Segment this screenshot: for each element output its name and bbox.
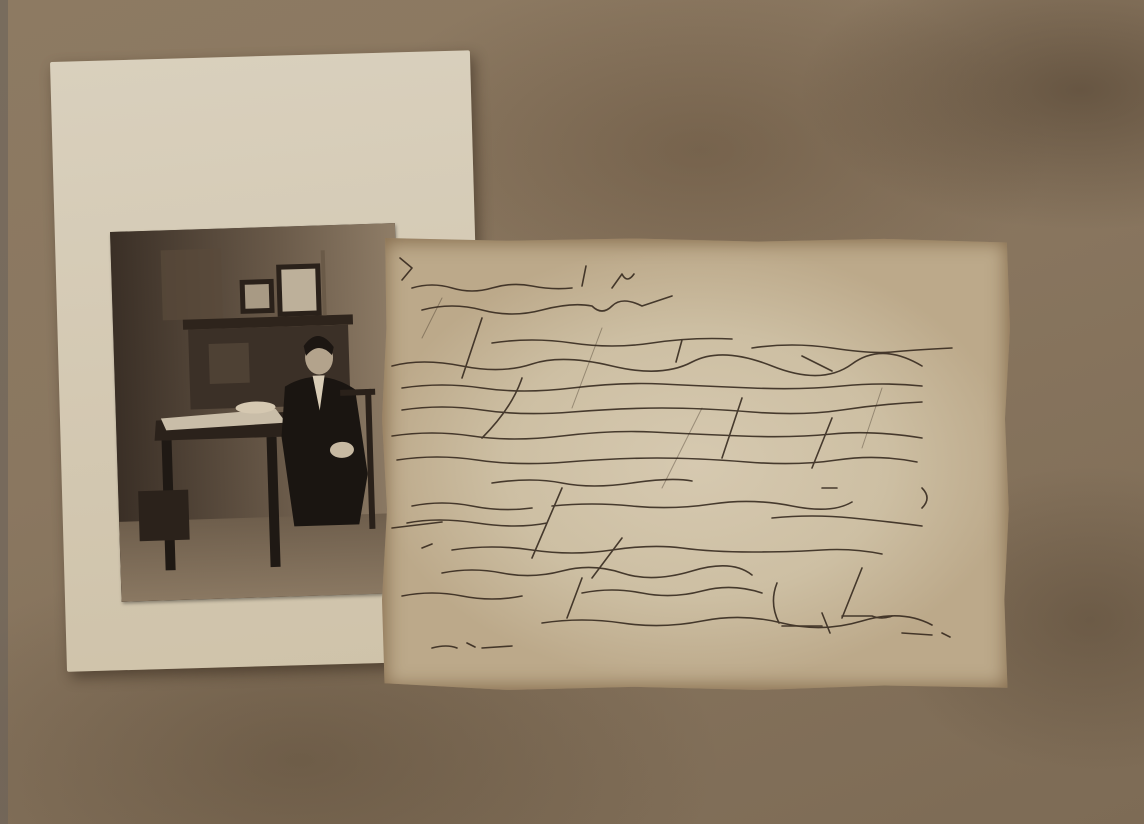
photograph-scene bbox=[110, 223, 406, 602]
handwritten-letter bbox=[382, 238, 1010, 690]
vintage-photograph bbox=[110, 223, 406, 602]
handwriting-strokes bbox=[382, 238, 1010, 690]
left-edge-shadow bbox=[0, 0, 8, 824]
